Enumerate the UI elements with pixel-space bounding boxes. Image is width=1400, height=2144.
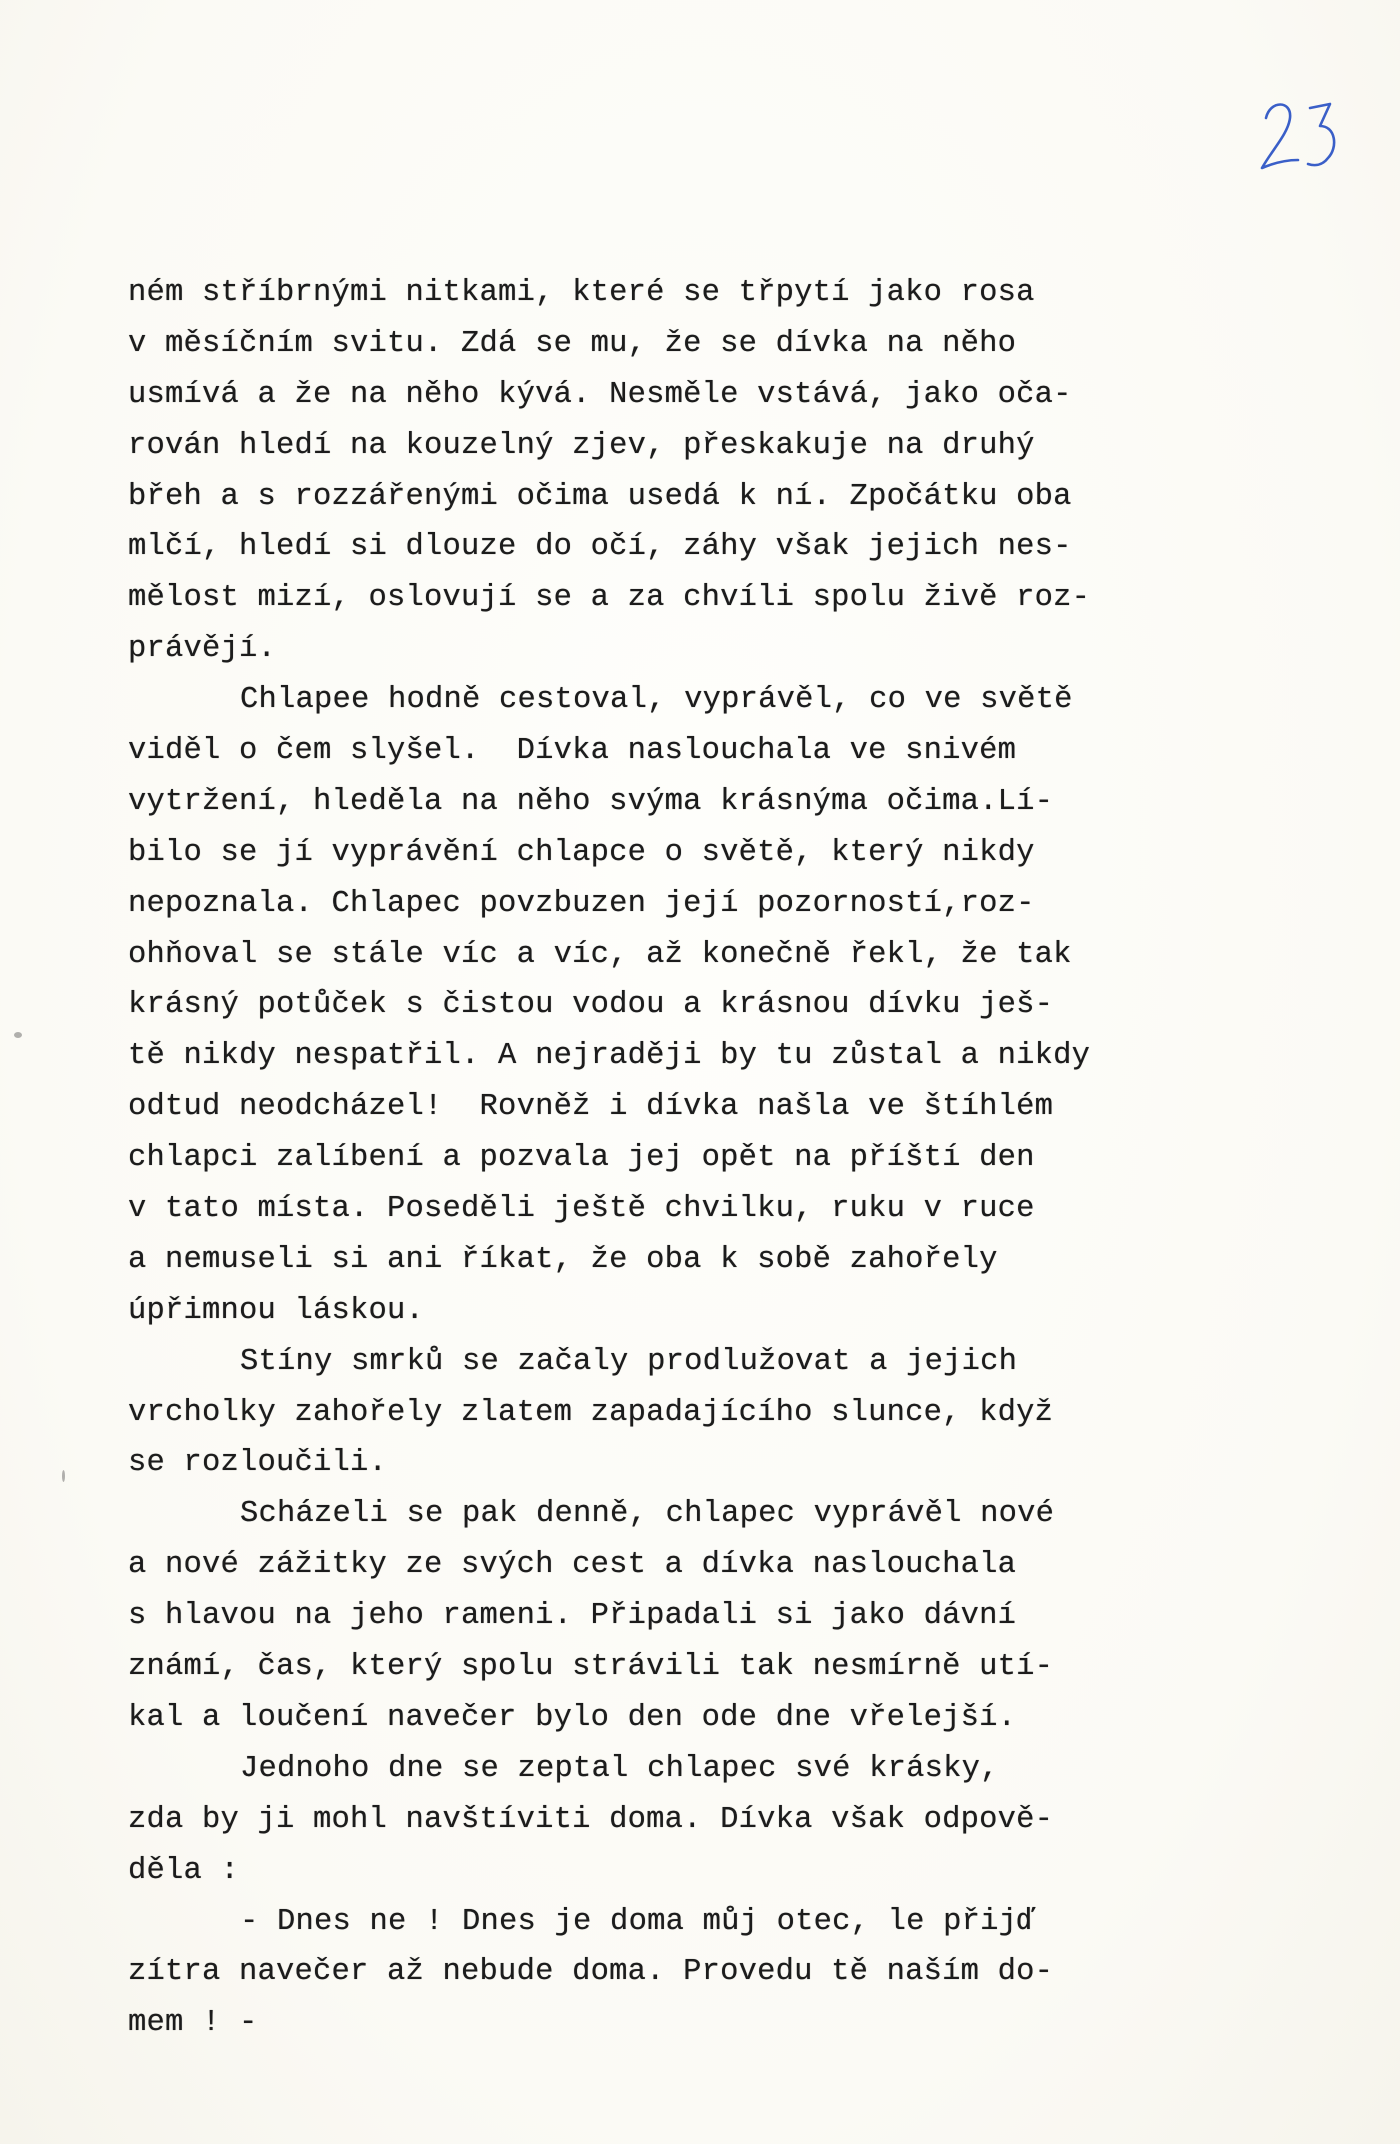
text-line: a nové zážitky ze svých cest a dívka nas… [128,1540,1248,1591]
text-line: s hlavou na jeho rameni. Připadali si ja… [128,1591,1248,1642]
text-line: děla : [128,1846,1248,1897]
paragraph-first-line: - Dnes ne ! Dnes je doma můj otec, le př… [128,1897,1248,1948]
text-line: v tato místa. Poseděli ještě chvilku, ru… [128,1184,1248,1235]
text-line: zda by ji mohl navštíviti doma. Dívka vš… [128,1795,1248,1846]
text-line: známí, čas, který spolu strávili tak nes… [128,1642,1248,1693]
paragraph-first-line: Chlapee hodně cestoval, vyprávěl, co ve … [128,675,1248,726]
text-line: chlapci zalíbení a pozvala jej opět na p… [128,1133,1248,1184]
text-line: ohňoval se stále víc a víc, až konečně ř… [128,930,1248,981]
text-line: v měsíčním svitu. Zdá se mu, že se dívka… [128,319,1248,370]
text-line: břeh a s rozzářenými očima usedá k ní. Z… [128,472,1248,523]
page-number-text: 23 [1348,96,1349,97]
text-line: usmívá a že na něho kývá. Nesměle vstává… [128,370,1248,421]
text-line: vytržení, hleděla na něho svýma krásnýma… [128,777,1248,828]
text-line: a nemuseli si ani říkat, že oba k sobě z… [128,1235,1248,1286]
text-line: bilo se jí vyprávění chlapce o světě, kt… [128,828,1248,879]
text-line: viděl o čem slyšel. Dívka naslouchala ve… [128,726,1248,777]
text-line: právějí. [128,624,1248,675]
text-line: nepoznala. Chlapec povzbuzen její pozorn… [128,879,1248,930]
text-line: mem ! - [128,1998,1248,2049]
text-line: tě nikdy nespatřil. A nejraději by tu zů… [128,1031,1248,1082]
text-line: mělost mizí, oslovují se a za chvíli spo… [128,573,1248,624]
ink-smudge [62,1470,65,1482]
text-line: zítra navečer až nebude doma. Provedu tě… [128,1947,1248,1998]
text-line: mlčí, hledí si dlouze do očí, záhy však … [128,522,1248,573]
ink-smudge [14,1032,22,1038]
typewritten-page: 23 ném stříbrnými nitkami, které se třpy… [0,0,1400,2144]
text-line: vrcholky zahořely zlatem zapadajícího sl… [128,1388,1248,1439]
text-line: se rozloučili. [128,1438,1248,1489]
text-line: krásný potůček s čistou vodou a krásnou … [128,980,1248,1031]
page-number-handwriting-icon [1258,96,1348,176]
text-line: rován hledí na kouzelný zjev, přeskakuje… [128,421,1248,472]
paragraph-first-line: Stíny smrků se začaly prodlužovat a jeji… [128,1337,1248,1388]
text-line: kal a loučení navečer bylo den ode dne v… [128,1693,1248,1744]
text-line: ném stříbrnými nitkami, které se třpytí … [128,268,1248,319]
paragraph-first-line: Scházeli se pak denně, chlapec vyprávěl … [128,1489,1248,1540]
paragraph-first-line: Jednoho dne se zeptal chlapec své krásky… [128,1744,1248,1795]
typewritten-body: ném stříbrnými nitkami, které se třpytí … [128,268,1248,2049]
text-line: odtud neodcházel! Rovněž i dívka našla v… [128,1082,1248,1133]
handwritten-page-number: 23 [1258,96,1348,176]
text-line: úpřimnou láskou. [128,1286,1248,1337]
